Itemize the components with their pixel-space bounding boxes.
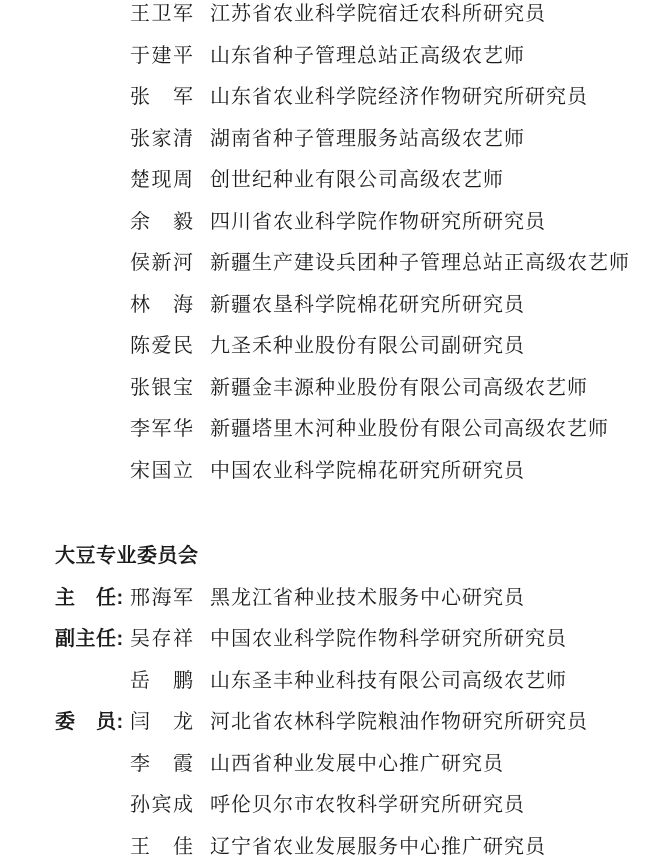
member-row: 孙宾成 呼伦贝尔市农牧科学研究所研究员 (0, 785, 647, 827)
member-affiliation: 江苏省农业科学院宿迁农科所研究员 (210, 0, 546, 36)
member-row: 张 军 山东省农业科学院经济作物研究所研究员 (0, 77, 647, 119)
member-affiliation: 湖南省种子管理服务站高级农艺师 (210, 119, 525, 161)
member-row: 于建平 山东省种子管理总站正高级农艺师 (0, 36, 647, 78)
member-affiliation: 山东省农业科学院经济作物研究所研究员 (210, 77, 588, 119)
member-affiliation: 中国农业科学院作物科学研究所研究员 (210, 619, 567, 661)
member-row: 委 员: 闫 龙 河北省农林科学院粮油作物研究所研究员 (0, 702, 647, 744)
member-row: 王 佳 辽宁省农业发展服务中心推广研究员 (0, 827, 647, 864)
member-row: 楚现周 创世纪种业有限公司高级农艺师 (0, 160, 647, 202)
member-role-label: 主 任: (55, 578, 124, 620)
member-name: 张银宝 (130, 368, 195, 410)
member-affiliation: 河北省农林科学院粮油作物研究所研究员 (210, 702, 588, 744)
member-affiliation: 九圣禾种业股份有限公司副研究员 (210, 326, 525, 368)
member-row: 张家清 湖南省种子管理服务站高级农艺师 (0, 119, 647, 161)
document-page: 王卫军 江苏省农业科学院宿迁农科所研究员 于建平 山东省种子管理总站正高级农艺师… (0, 0, 647, 864)
section-heading: 大豆专业委员会 (55, 536, 199, 578)
member-row: 岳 鹏 山东圣丰种业科技有限公司高级农艺师 (0, 661, 647, 703)
member-name: 张家清 (130, 119, 195, 161)
member-row: 李 霞 山西省种业发展中心推广研究员 (0, 744, 647, 786)
member-name: 侯新河 (130, 243, 195, 285)
member-name: 余 毅 (130, 202, 195, 244)
member-name: 吴存祥 (130, 619, 195, 661)
member-row: 宋国立 中国农业科学院棉花研究所研究员 (0, 451, 647, 493)
member-name: 于建平 (130, 36, 195, 78)
member-affiliation: 新疆农垦科学院棉花研究所研究员 (210, 285, 525, 327)
member-name: 李 霞 (130, 744, 195, 786)
member-row: 余 毅 四川省农业科学院作物研究所研究员 (0, 202, 647, 244)
member-role-label: 委 员: (55, 702, 124, 744)
member-name: 岳 鹏 (130, 661, 195, 703)
section-heading-row: 大豆专业委员会 (0, 536, 647, 578)
member-affiliation: 新疆塔里木河种业股份有限公司高级农艺师 (210, 409, 609, 451)
member-name: 楚现周 (130, 160, 195, 202)
member-row: 林 海 新疆农垦科学院棉花研究所研究员 (0, 285, 647, 327)
member-name: 李军华 (130, 409, 195, 451)
member-row: 王卫军 江苏省农业科学院宿迁农科所研究员 (0, 0, 647, 36)
member-name: 王 佳 (130, 827, 195, 864)
soybean-committee-section: 大豆专业委员会 主 任: 邢海军 黑龙江省种业技术服务中心研究员 副主任: 吴存… (0, 536, 647, 864)
member-row: 侯新河 新疆生产建设兵团种子管理总站正高级农艺师 (0, 243, 647, 285)
member-row: 主 任: 邢海军 黑龙江省种业技术服务中心研究员 (0, 578, 647, 620)
member-affiliation: 辽宁省农业发展服务中心推广研究员 (210, 827, 546, 864)
member-name: 林 海 (130, 285, 195, 327)
member-role-label: 副主任: (55, 619, 124, 661)
member-affiliation: 新疆生产建设兵团种子管理总站正高级农艺师 (210, 243, 630, 285)
member-affiliation: 四川省农业科学院作物研究所研究员 (210, 202, 546, 244)
member-row: 副主任: 吴存祥 中国农业科学院作物科学研究所研究员 (0, 619, 647, 661)
member-name: 孙宾成 (130, 785, 195, 827)
member-affiliation: 山西省种业发展中心推广研究员 (210, 744, 504, 786)
member-affiliation: 山东圣丰种业科技有限公司高级农艺师 (210, 661, 567, 703)
member-row: 张银宝 新疆金丰源种业股份有限公司高级农艺师 (0, 368, 647, 410)
member-affiliation: 黑龙江省种业技术服务中心研究员 (210, 578, 525, 620)
member-name: 宋国立 (130, 451, 195, 493)
member-name: 张 军 (130, 77, 195, 119)
member-affiliation: 山东省种子管理总站正高级农艺师 (210, 36, 525, 78)
member-row: 陈爱民 九圣禾种业股份有限公司副研究员 (0, 326, 647, 368)
member-row: 李军华 新疆塔里木河种业股份有限公司高级农艺师 (0, 409, 647, 451)
member-name: 王卫军 (130, 0, 195, 36)
member-affiliation: 创世纪种业有限公司高级农艺师 (210, 160, 504, 202)
member-name: 陈爱民 (130, 326, 195, 368)
committee-members-list-continued: 王卫军 江苏省农业科学院宿迁农科所研究员 于建平 山东省种子管理总站正高级农艺师… (0, 0, 647, 492)
member-name: 邢海军 (130, 578, 195, 620)
member-affiliation: 呼伦贝尔市农牧科学研究所研究员 (210, 785, 525, 827)
member-affiliation: 新疆金丰源种业股份有限公司高级农艺师 (210, 368, 588, 410)
member-affiliation: 中国农业科学院棉花研究所研究员 (210, 451, 525, 493)
member-name: 闫 龙 (130, 702, 195, 744)
